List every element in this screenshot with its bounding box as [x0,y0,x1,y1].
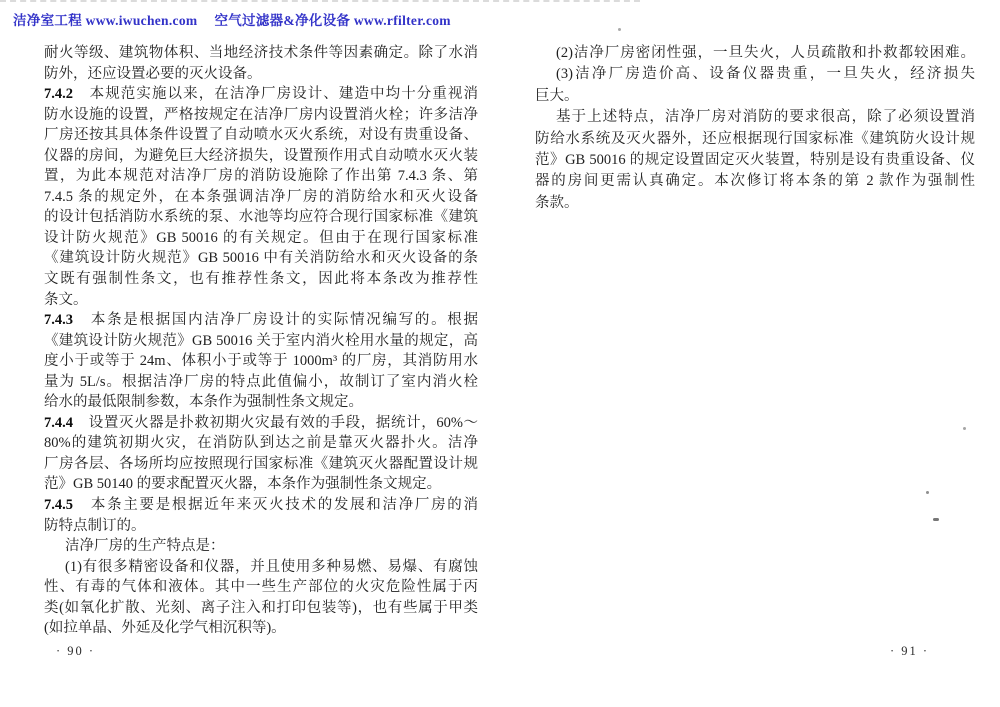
clause-number: 7.4.4 [44,415,73,431]
text-line: 80%的建筑初期火灾，在消防队到达之前是靠灭火器扑火。洁净 [44,433,478,454]
text-line: 文既有强制性条文，也有推荐性条文，因此将本条改为推荐性 [44,269,478,290]
text-line: 器的房间更需认真确定。本次修订将本条的第 2 款作为强制性 [535,171,975,192]
text-line: 防水设施的设置，严格按规定在洁净厂房内设置消火栓；许多洁净 [44,105,478,126]
text-line: 范》GB 50140 的要求配置灭火器，本条作为强制性条文规定。 [44,474,478,495]
left-page-text: 耐火等级、建筑物体积、当地经济技术条件等因素确定。除了水消防外，还应设置必要的灭… [44,43,478,639]
text-line: 设计防火规范》GB 50016 的有关规定。但由于在现行国家标准 [44,228,478,249]
text-line: 条文。 [44,290,478,311]
right-page-text: (2)洁净厂房密闭性强，一旦失火，人员疏散和扑救都较困难。(3)洁净厂房造价高、… [535,43,975,214]
text-line: 《建筑设计防火规范》GB 50016 中有关消防给水和灭火设备的条 [44,248,478,269]
text-line: 范》GB 50016 的规定设置固定灭火装置，特别是设有贵重设备、仪 [535,150,975,171]
clause-text-line: 7.4.3 本条是根据国内洁净厂房设计的实际情况编写的。根据 [44,310,478,331]
clause-text-line: 7.4.5 本条主要是根据近年来灭火技术的发展和洁净厂房的消 [44,495,478,516]
text-line: 洁净厂房的生产特点是： [44,536,478,557]
text-line: 给水的最低限制参数，本条作为强制性条文规定。 [44,392,478,413]
scan-artifact-speck [618,28,621,31]
text-line: 巨大。 [535,86,975,107]
text-line: 《建筑设计防火规范》GB 50016 关于室内消火栓用水量的规定，高 [44,331,478,352]
text-line: 耐火等级、建筑物体积、当地经济技术条件等因素确定。除了水消 [44,43,478,64]
text-line: 类(如氧化扩散、光刻、离子注入和打印包装等)，也有些属于甲类 [44,598,478,619]
scan-artifact-speck [963,427,966,430]
clause-text-line: 7.4.4 设置灭火器是扑救初期火灾最有效的手段，据统计，60%～ [44,413,478,434]
header-right-text: 空气过滤器&净化设备 www.rfilter.com [214,13,450,28]
scan-artifact-speck [926,491,929,494]
text-line: (2)洁净厂房密闭性强，一旦失火，人员疏散和扑救都较困难。 [535,43,975,64]
clause-number: 7.4.5 [44,497,73,513]
text-line: 条款。 [535,193,975,214]
left-page-number: · 90 · [56,644,95,659]
text-line: 防外，还应设置必要的灭火设备。 [44,64,478,85]
text-line: 厂房各层、各场所均应按照现行国家标准《建筑灭火器配置设计规 [44,454,478,475]
text-line: 7.4.5 条的规定外，在本条强调洁净厂房的消防给水和灭火设备 [44,187,478,208]
clause-number: 7.4.3 [44,312,73,328]
text-line: (1)有很多精密设备和仪器，并且使用多种易燃、易爆、有腐蚀 [44,557,478,578]
site-header: 洁净室工程 www.iwuchen.com空气过滤器&净化设备 www.rfil… [13,9,451,29]
text-line: 基于上述特点，洁净厂房对消防的要求很高，除了必须设置消 [535,107,975,128]
scan-artifact-speck [933,518,939,521]
scan-top-edge-line [0,0,640,2]
text-line: 性、有毒的气体和液体。其中一些生产部位的火灾危险性属于丙 [44,577,478,598]
text-line: 量为 5L/s。根据洁净厂房的特点此值偏小，故制订了室内消火栓 [44,372,478,393]
clause-number: 7.4.2 [44,86,73,102]
text-line: 仪器的房间，为避免巨大经济损失，设置预作用式自动喷水灭火装 [44,146,478,167]
text-line: 防特点制订的。 [44,516,478,537]
clause-text-line: 7.4.2 本规范实施以来，在洁净厂房设计、建造中均十分重视消 [44,84,478,105]
text-line: 度小于或等于 24m、体积小于或等于 1000m³ 的厂房，其消防用水 [44,351,478,372]
text-line: (3)洁净厂房造价高、设备仪器贵重，一旦失火，经济损失 [535,64,975,85]
text-line: 防给水系统及灭火器外，还应根据现行国家标准《建筑防火设计规 [535,129,975,150]
text-line: 的设计包括消防水系统的泵、水池等均应符合现行国家标准《建筑 [44,207,478,228]
text-line: 厂房还按其具体条件设置了自动喷水灭火系统，对设有贵重设备、 [44,125,478,146]
text-line: 置，为此本规范对洁净厂房的消防设施除了作出第 7.4.3 条、第 [44,166,478,187]
header-left-text: 洁净室工程 www.iwuchen.com [13,13,197,28]
text-line: (如拉单晶、外延及化学气相沉积等)。 [44,618,478,639]
right-page-number: · 91 · [890,644,929,659]
scanned-document-spread: 洁净室工程 www.iwuchen.com空气过滤器&净化设备 www.rfil… [0,0,1000,707]
